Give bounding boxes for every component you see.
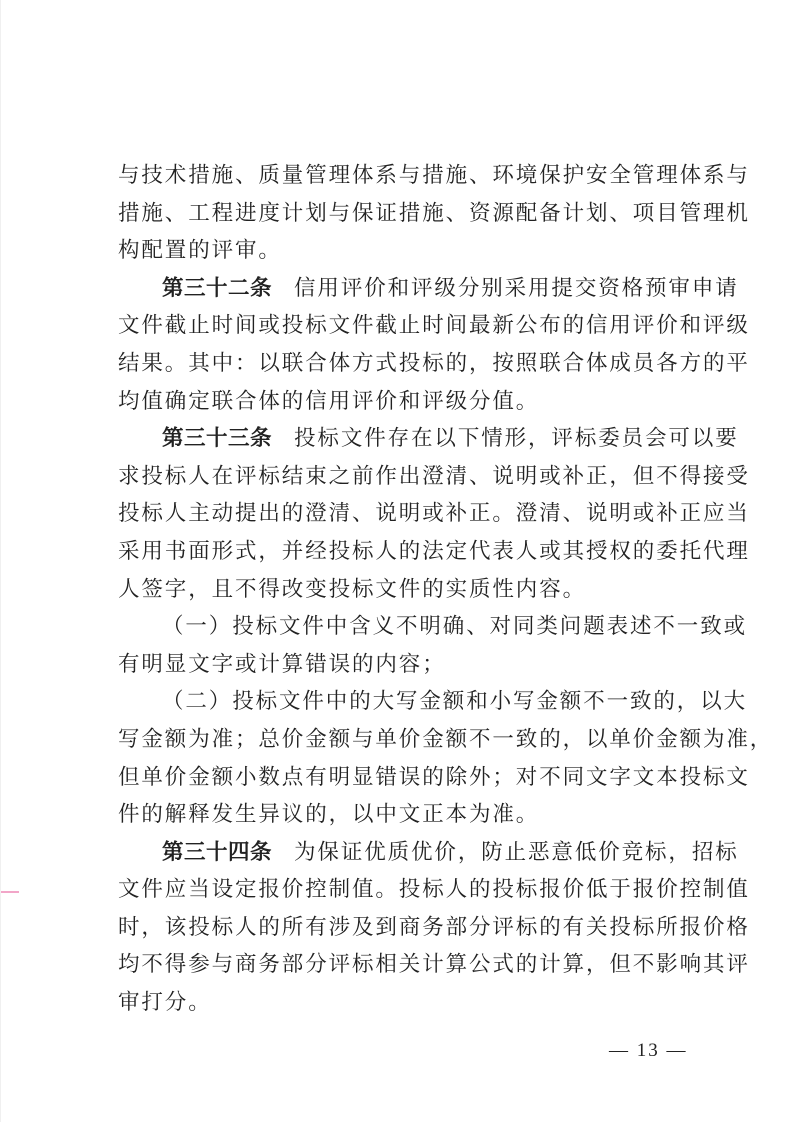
margin-mark <box>1 891 19 893</box>
text-line: 时，该投标人的所有涉及到商务部分评标的有关投标所报价格 <box>118 909 696 947</box>
text-line: 但单价金额小数点有明显错误的除外；对不同文字文本投标文 <box>118 759 696 797</box>
text-line: 均值确定联合体的信用评价和评级分值。 <box>118 383 696 421</box>
text-line: （二）投标文件中的大写金额和小写金额不一致的，以大 <box>118 683 696 721</box>
page-number: — 13 — <box>609 1040 688 1062</box>
text-line: 投标人主动提出的澄清、说明或补正。澄清、说明或补正应当 <box>118 495 696 533</box>
text-line: 措施、工程进度计划与保证措施、资源配备计划、项目管理机 <box>118 195 696 233</box>
text-line: 均不得参与商务部分评标相关计算公式的计算，但不影响其评 <box>118 946 696 984</box>
text-line: 文件应当设定报价控制值。投标人的投标报价低于报价控制值 <box>118 871 696 909</box>
text-line: 求投标人在评标结束之前作出澄清、说明或补正，但不得接受 <box>118 458 696 496</box>
text-line: 有明显文字或计算错误的内容； <box>118 646 696 684</box>
list-item-2: （二）投标文件中的大写金额和小写金额不一致的，以大 写金额为准；总价金额与单价金… <box>118 683 696 833</box>
article-text: 信用评价和评级分别采用提交资格预审申请 <box>294 276 739 301</box>
article-title: 第三十四条 <box>162 840 272 865</box>
document-body: 与技术措施、质量管理体系与措施、环境保护安全管理体系与 措施、工程进度计划与保证… <box>118 157 696 1022</box>
text-line: 与技术措施、质量管理体系与措施、环境保护安全管理体系与 <box>118 157 696 195</box>
text-line: 第三十三条投标文件存在以下情形，评标委员会可以要 <box>118 420 696 458</box>
text-line: 采用书面形式，并经投标人的法定代表人或其授权的委托代理 <box>118 533 696 571</box>
text-line: （一）投标文件中含义不明确、对同类问题表述不一致或 <box>118 608 696 646</box>
text-line: 结果。其中：以联合体方式投标的，按照联合体成员各方的平 <box>118 345 696 383</box>
text-line: 第三十二条信用评价和评级分别采用提交资格预审申请 <box>118 270 696 308</box>
text-line: 件的解释发生异议的，以中文正本为准。 <box>118 796 696 834</box>
article-title: 第三十二条 <box>162 276 272 301</box>
article-text: 投标文件存在以下情形，评标委员会可以要 <box>294 426 739 451</box>
paragraph-continuation: 与技术措施、质量管理体系与措施、环境保护安全管理体系与 措施、工程进度计划与保证… <box>118 157 696 270</box>
text-line: 构配置的评审。 <box>118 232 696 270</box>
text-line: 写金额为准；总价金额与单价金额不一致的，以单价金额为准， <box>118 721 696 759</box>
text-line: 人签字，且不得改变投标文件的实质性内容。 <box>118 571 696 609</box>
text-line: 第三十四条为保证优质优价，防止恶意低价竞标，招标 <box>118 834 696 872</box>
article-34: 第三十四条为保证优质优价，防止恶意低价竞标，招标 文件应当设定报价控制值。投标人… <box>118 834 696 1022</box>
article-title: 第三十三条 <box>162 426 272 451</box>
document-page: 与技术措施、质量管理体系与措施、环境保护安全管理体系与 措施、工程进度计划与保证… <box>0 0 793 1122</box>
article-text: 为保证优质优价，防止恶意低价竞标，招标 <box>294 840 739 865</box>
text-line: 文件截止时间或投标文件截止时间最新公布的信用评价和评级 <box>118 307 696 345</box>
list-item-1: （一）投标文件中含义不明确、对同类问题表述不一致或 有明显文字或计算错误的内容； <box>118 608 696 683</box>
text-line: 审打分。 <box>118 984 696 1022</box>
article-33: 第三十三条投标文件存在以下情形，评标委员会可以要 求投标人在评标结束之前作出澄清… <box>118 420 696 608</box>
article-32: 第三十二条信用评价和评级分别采用提交资格预审申请 文件截止时间或投标文件截止时间… <box>118 270 696 420</box>
